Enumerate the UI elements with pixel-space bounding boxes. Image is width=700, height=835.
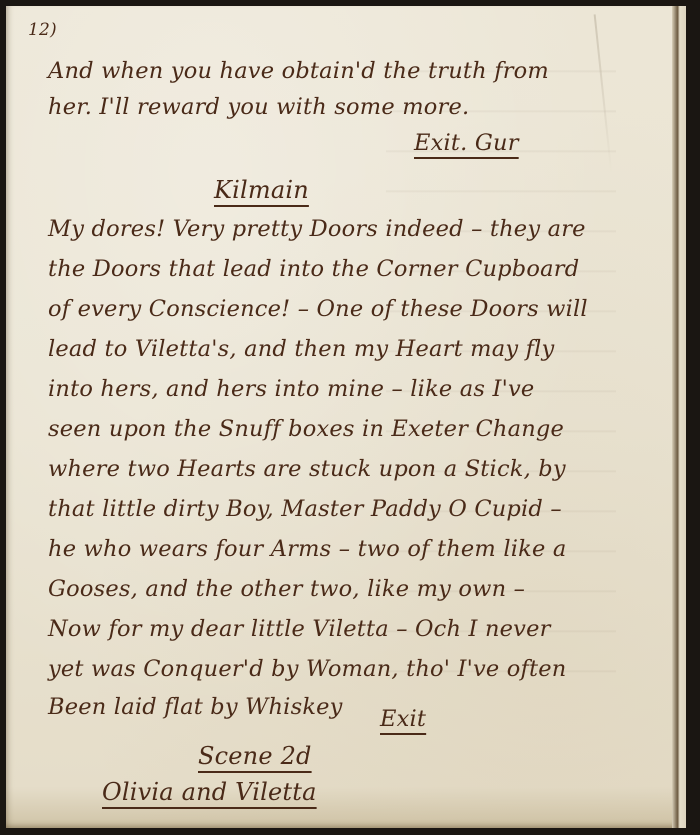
speech-line: lead to Viletta's, and then my Heart may… [48,336,554,362]
speech-line: he who wears four Arms – two of them lik… [48,536,566,562]
manuscript-viewer: 12) And when you have obtain'd the truth… [0,0,700,835]
stage-direction-exit-gur: Exit. Gur [414,130,519,156]
scene-heading: Scene 2d [198,742,312,770]
speech-line: seen upon the Snuff boxes in Exeter Chan… [48,416,564,442]
speech-line: her. I'll reward you with some more. [48,94,469,120]
page-number: 12) [28,20,57,40]
speech-line: Been laid flat by Whiskey [48,694,343,720]
speech-line: where two Hearts are stuck upon a Stick,… [48,456,566,482]
speech-line: into hers, and hers into mine – like as … [48,376,534,402]
manuscript-page: 12) And when you have obtain'd the truth… [6,6,686,828]
scene-characters: Olivia and Viletta [102,778,317,806]
speech-line: And when you have obtain'd the truth fro… [48,58,549,84]
speech-line: that little dirty Boy, Master Paddy O Cu… [48,496,562,522]
speech-line: Now for my dear little Viletta – Och I n… [48,616,551,642]
speech-line: yet was Conquer'd by Woman, tho' I've of… [48,656,567,682]
stage-direction-exit: Exit [380,706,426,732]
speech-line: the Doors that lead into the Corner Cupb… [48,256,579,282]
speech-line: of every Conscience! – One of these Door… [48,296,588,322]
speech-line: My dores! Very pretty Doors indeed – the… [48,216,586,242]
speaker-name-kilmain: Kilmain [214,176,309,204]
speech-line: Gooses, and the other two, like my own – [48,576,525,602]
page-edge [672,6,686,828]
paper-crease [594,14,613,173]
